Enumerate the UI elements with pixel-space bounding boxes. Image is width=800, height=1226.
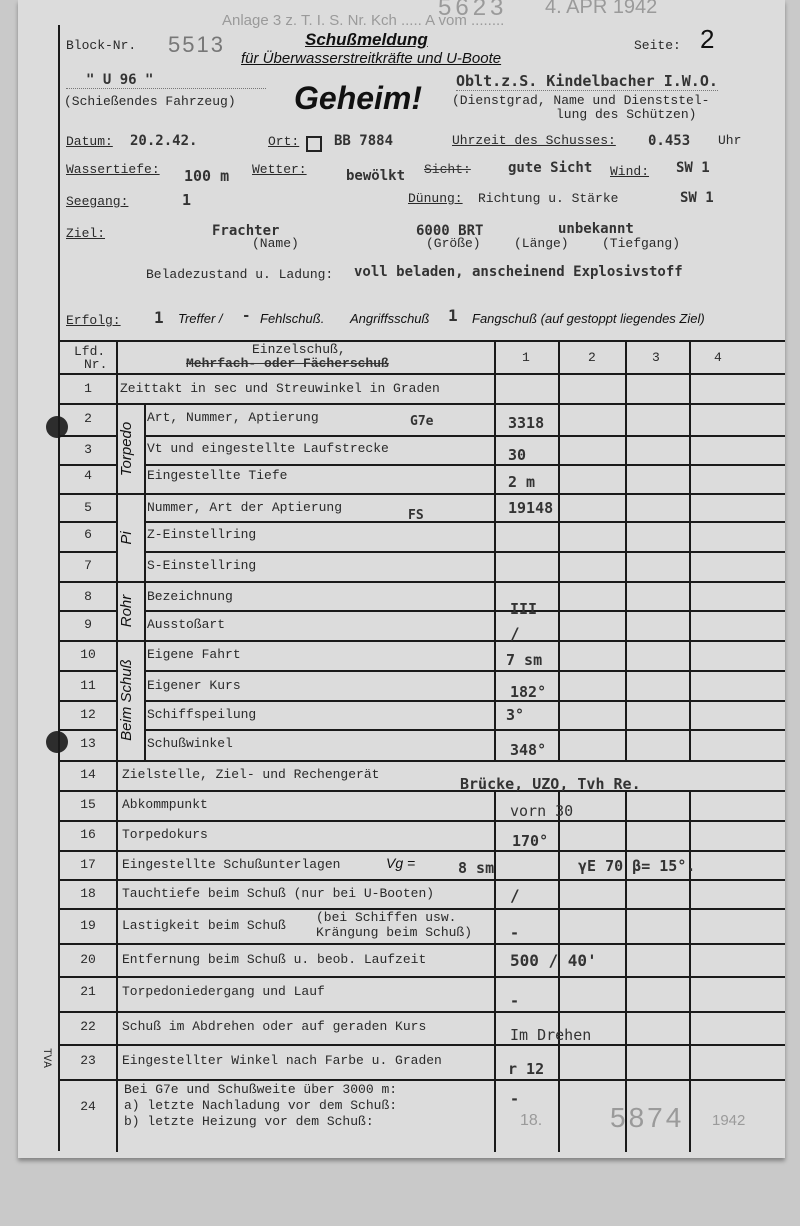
row-nr: 7 — [58, 558, 118, 573]
row-desc: Bei G7e und Schußweite über 3000 m: — [124, 1082, 397, 1097]
value-col1: 348° — [510, 741, 546, 759]
value-col1: Im Drehen — [510, 1026, 591, 1044]
row-desc: Tauchtiefe beim Schuß (nur bei U-Booten) — [122, 886, 434, 901]
uhrzeit-label: Uhrzeit des Schusses: — [452, 133, 616, 148]
value-col1: 2 m — [508, 473, 535, 491]
ziel-label: Ziel: — [66, 226, 105, 241]
uhrzeit-value: 0.453 — [648, 133, 690, 149]
duenung-text: Richtung u. Stärke — [478, 191, 618, 206]
wetter-value: bewölkt — [346, 168, 405, 184]
page-label: Seite: — [634, 38, 681, 53]
gamma-beta-value: γE 70 β= 15°. — [578, 857, 695, 875]
datum-label: Datum: — [66, 134, 113, 149]
table-top-line — [58, 340, 785, 342]
row-desc: Art, Nummer, Aptierung — [147, 410, 319, 425]
form-title: Schußmeldung — [305, 30, 428, 50]
fehlschuss-value: - — [242, 308, 250, 324]
row-line — [144, 670, 785, 672]
duenung-label: Dünung: — [408, 191, 463, 206]
classification-stamp: Geheim! — [294, 80, 422, 117]
group-label-rohr: Rohr — [118, 582, 140, 640]
row-desc: Abkommpunkt — [122, 797, 208, 812]
pi-type-value: FS — [408, 508, 424, 523]
group-label-torpedo: Torpedo — [118, 406, 140, 492]
row-desc-b: b) letzte Heizung vor dem Schuß: — [124, 1114, 374, 1129]
wassertiefe-value: 100 m — [184, 167, 229, 185]
treffer-label: Treffer / — [178, 311, 223, 326]
page-number: 2 — [700, 24, 714, 55]
wind-value: SW 1 — [676, 160, 710, 176]
row-desc: Vt und eingestellte Laufstrecke — [147, 441, 389, 456]
block-number: 5513 — [168, 32, 225, 58]
sicht-label: Sicht: — [424, 162, 471, 177]
row-line — [58, 435, 116, 437]
header-nr: Nr. — [84, 357, 107, 372]
row-line — [58, 551, 116, 553]
col-line-1-lower — [494, 791, 496, 1152]
row-line — [58, 581, 785, 583]
row-line — [58, 610, 116, 612]
value-col1: 182° — [510, 683, 546, 701]
row-line — [144, 610, 785, 612]
caption-laenge: (Länge) — [514, 236, 569, 251]
caption-groesse: (Größe) — [426, 236, 481, 251]
header-col-1: 1 — [522, 350, 530, 365]
row-line — [144, 551, 785, 553]
row-line — [144, 464, 785, 466]
ort-label: Ort: — [268, 134, 299, 149]
row-nr: 1 — [58, 381, 118, 396]
row-nr: 8 — [58, 589, 118, 604]
row-nr: 3 — [58, 442, 118, 457]
row-line — [58, 879, 785, 881]
row-nr: 2 — [58, 411, 118, 426]
header-col-3: 3 — [652, 350, 660, 365]
row-nr: 9 — [58, 617, 118, 632]
row-line — [58, 1079, 785, 1081]
row-desc: Eigene Fahrt — [147, 647, 241, 662]
row-line — [58, 1011, 785, 1013]
stamp-date-top: 4. APR 1942 — [545, 0, 657, 19]
fehlschuss-label: Fehlschuß. — [260, 311, 324, 326]
header-col-2: 2 — [588, 350, 596, 365]
row-line — [58, 373, 785, 375]
col-line-3-lower — [625, 791, 627, 1152]
row-nr: 18 — [58, 886, 118, 901]
row-line — [58, 640, 785, 642]
shooter-name: Oblt.z.S. Kindelbacher I.W.O. — [456, 72, 718, 91]
row-line — [58, 760, 785, 762]
row-line — [144, 700, 785, 702]
row-nr: 21 — [58, 984, 118, 999]
row-nr: 23 — [58, 1053, 118, 1068]
row-line — [58, 493, 785, 495]
row-desc: Schuß im Abdrehen oder auf geraden Kurs — [122, 1019, 426, 1034]
row-line — [144, 521, 785, 523]
row-line — [58, 820, 785, 822]
datum-value: 20.2.42. — [130, 133, 197, 149]
row-line — [58, 521, 116, 523]
row-desc: Nummer, Art der Aptierung — [147, 500, 342, 515]
row-line — [58, 464, 116, 466]
row-line — [58, 850, 785, 852]
value-col1: 30 — [508, 446, 526, 464]
row-desc: Ausstoßart — [147, 617, 225, 632]
ort-value: BB 7884 — [334, 133, 393, 149]
col-line-2-lower — [558, 791, 560, 1152]
row-nr: 22 — [58, 1019, 118, 1034]
row-desc: Torpedoniedergang und Lauf — [122, 984, 325, 999]
stamp-year-bottom: 1942 — [712, 1112, 745, 1129]
value-col1: III — [510, 600, 537, 618]
value-col1: / — [510, 886, 520, 905]
row-desc: Torpedokurs — [122, 827, 208, 842]
row-desc: Eingestellte Schußunterlagen — [122, 857, 340, 872]
treffer-value: 1 — [154, 308, 164, 327]
header-desc-1: Einzelschuß, — [252, 342, 346, 357]
header-col-4: 4 — [714, 350, 722, 365]
row-nr: 11 — [58, 678, 118, 693]
row-desc: S-Einstellring — [147, 558, 256, 573]
block-label: Block-Nr. — [66, 38, 136, 53]
vg-label: Vg = — [386, 855, 415, 871]
row-desc: Lastigkeit beim Schuß — [122, 918, 286, 933]
duenung-value: SW 1 — [680, 190, 714, 206]
row-nr: 12 — [58, 707, 118, 722]
row-line — [58, 976, 785, 978]
row-nr: 24 — [58, 1099, 118, 1114]
angriffsschuss-value: 1 — [448, 306, 458, 325]
shooter-caption-1: (Dienstgrad, Name und Dienststel- — [452, 93, 709, 108]
margin-note: TVA — [40, 1048, 52, 1068]
left-margin-line — [58, 25, 60, 1151]
stamp-number-top: 5623 — [438, 0, 507, 22]
value-col1: 7 sm — [506, 651, 542, 669]
row-desc: Schußwinkel — [147, 736, 233, 751]
caption-tiefgang: (Tiefgang) — [602, 236, 680, 251]
row-desc: Schiffspeilung — [147, 707, 256, 722]
row-line — [58, 790, 785, 792]
row-desc-note: Krängung beim Schuß) — [316, 925, 472, 940]
vessel-name: " U 96 " — [66, 72, 266, 89]
row-line — [144, 435, 785, 437]
vessel-caption: (Schießendes Fahrzeug) — [64, 94, 236, 109]
vg-value: 8 sm — [458, 859, 494, 877]
stamp-number-bottom: 5874 — [610, 1102, 684, 1134]
row-nr: 10 — [58, 647, 118, 662]
seegang-value: 1 — [182, 191, 191, 209]
wind-label: Wind: — [610, 164, 649, 179]
row-line — [58, 700, 116, 702]
row-line — [58, 670, 116, 672]
value-col1: / — [510, 624, 520, 643]
value-col1: - — [510, 992, 519, 1010]
caption-name: (Name) — [252, 236, 299, 251]
row-desc: Zielstelle, Ziel- und Rechengerät — [122, 767, 379, 782]
row-line — [58, 729, 116, 731]
erfolg-label: Erfolg: — [66, 313, 121, 328]
value-col1: 500 / 40' — [510, 951, 597, 970]
stamp-small-bottom: 18. — [520, 1112, 542, 1130]
value-col1: - — [510, 1090, 519, 1108]
beladung-value: voll beladen, anscheinend Explosivstoff — [354, 264, 683, 280]
beladung-label: Beladezustand u. Ladung: — [146, 267, 333, 282]
row-line — [58, 1044, 785, 1046]
wetter-label: Wetter: — [252, 162, 307, 177]
row-nr: 17 — [58, 857, 118, 872]
row-nr: 20 — [58, 952, 118, 967]
row-desc: Eigener Kurs — [147, 678, 241, 693]
wassertiefe-label: Wassertiefe: — [66, 162, 160, 177]
uhr-label: Uhr — [718, 133, 741, 148]
header-desc-2: Mehrfach- oder Fächerschuß — [186, 356, 389, 371]
value-col1: vorn 30 — [510, 802, 573, 820]
col-line-4-lower — [689, 791, 691, 1152]
angriffsschuss-label: Angriffsschuß — [350, 311, 429, 326]
torpedo-type-value: G7e — [410, 414, 433, 429]
row-nr: 15 — [58, 797, 118, 812]
group-label-beim-schuss: Beim Schuß — [118, 641, 140, 759]
row-line — [144, 729, 785, 731]
row-nr: 19 — [58, 918, 118, 933]
row-nr: 16 — [58, 827, 118, 842]
ort-checkbox — [306, 136, 322, 152]
ziel-tiefgang: unbekannt — [558, 221, 634, 237]
row-desc-a: a) letzte Nachladung vor dem Schuß: — [124, 1098, 397, 1113]
value-col1: 3° — [506, 706, 524, 724]
fangschuss-label: Fangschuß (auf gestoppt liegendes Ziel) — [472, 311, 705, 326]
row-desc: Bezeichnung — [147, 589, 233, 604]
row-desc: Eingestellter Winkel nach Farbe u. Grade… — [122, 1053, 442, 1068]
row-desc-note: (bei Schiffen usw. — [316, 910, 456, 925]
row-nr: 5 — [58, 500, 118, 515]
value-col1: 19148 — [508, 499, 553, 517]
row-desc: Zeittakt in sec und Streuwinkel in Grade… — [120, 381, 440, 396]
form-subtitle: für Überwasserstreitkräfte und U-Boote — [241, 50, 501, 67]
row-desc: Eingestellte Tiefe — [147, 468, 287, 483]
row-line — [58, 403, 785, 405]
row-desc: Entfernung beim Schuß u. beob. Laufzeit — [122, 952, 426, 967]
row-nr: 4 — [58, 468, 118, 483]
value-col1: 3318 — [508, 414, 544, 432]
zielstelle-value: Brücke, UZO, Tvh Re. — [460, 775, 641, 793]
group-label-pi: Pi — [118, 509, 140, 567]
row-nr: 13 — [58, 736, 118, 751]
row-line — [58, 943, 785, 945]
value-col1: - — [510, 924, 519, 942]
sicht-value: gute Sicht — [508, 160, 592, 176]
value-col1: r 12 — [508, 1060, 544, 1078]
seegang-label: Seegang: — [66, 194, 128, 209]
row-nr: 14 — [58, 767, 118, 782]
row-desc: Z-Einstellring — [147, 527, 256, 542]
shooter-caption-2: lung des Schützen) — [556, 107, 696, 122]
value-col1: 170° — [512, 832, 548, 850]
row-nr: 6 — [58, 527, 118, 542]
